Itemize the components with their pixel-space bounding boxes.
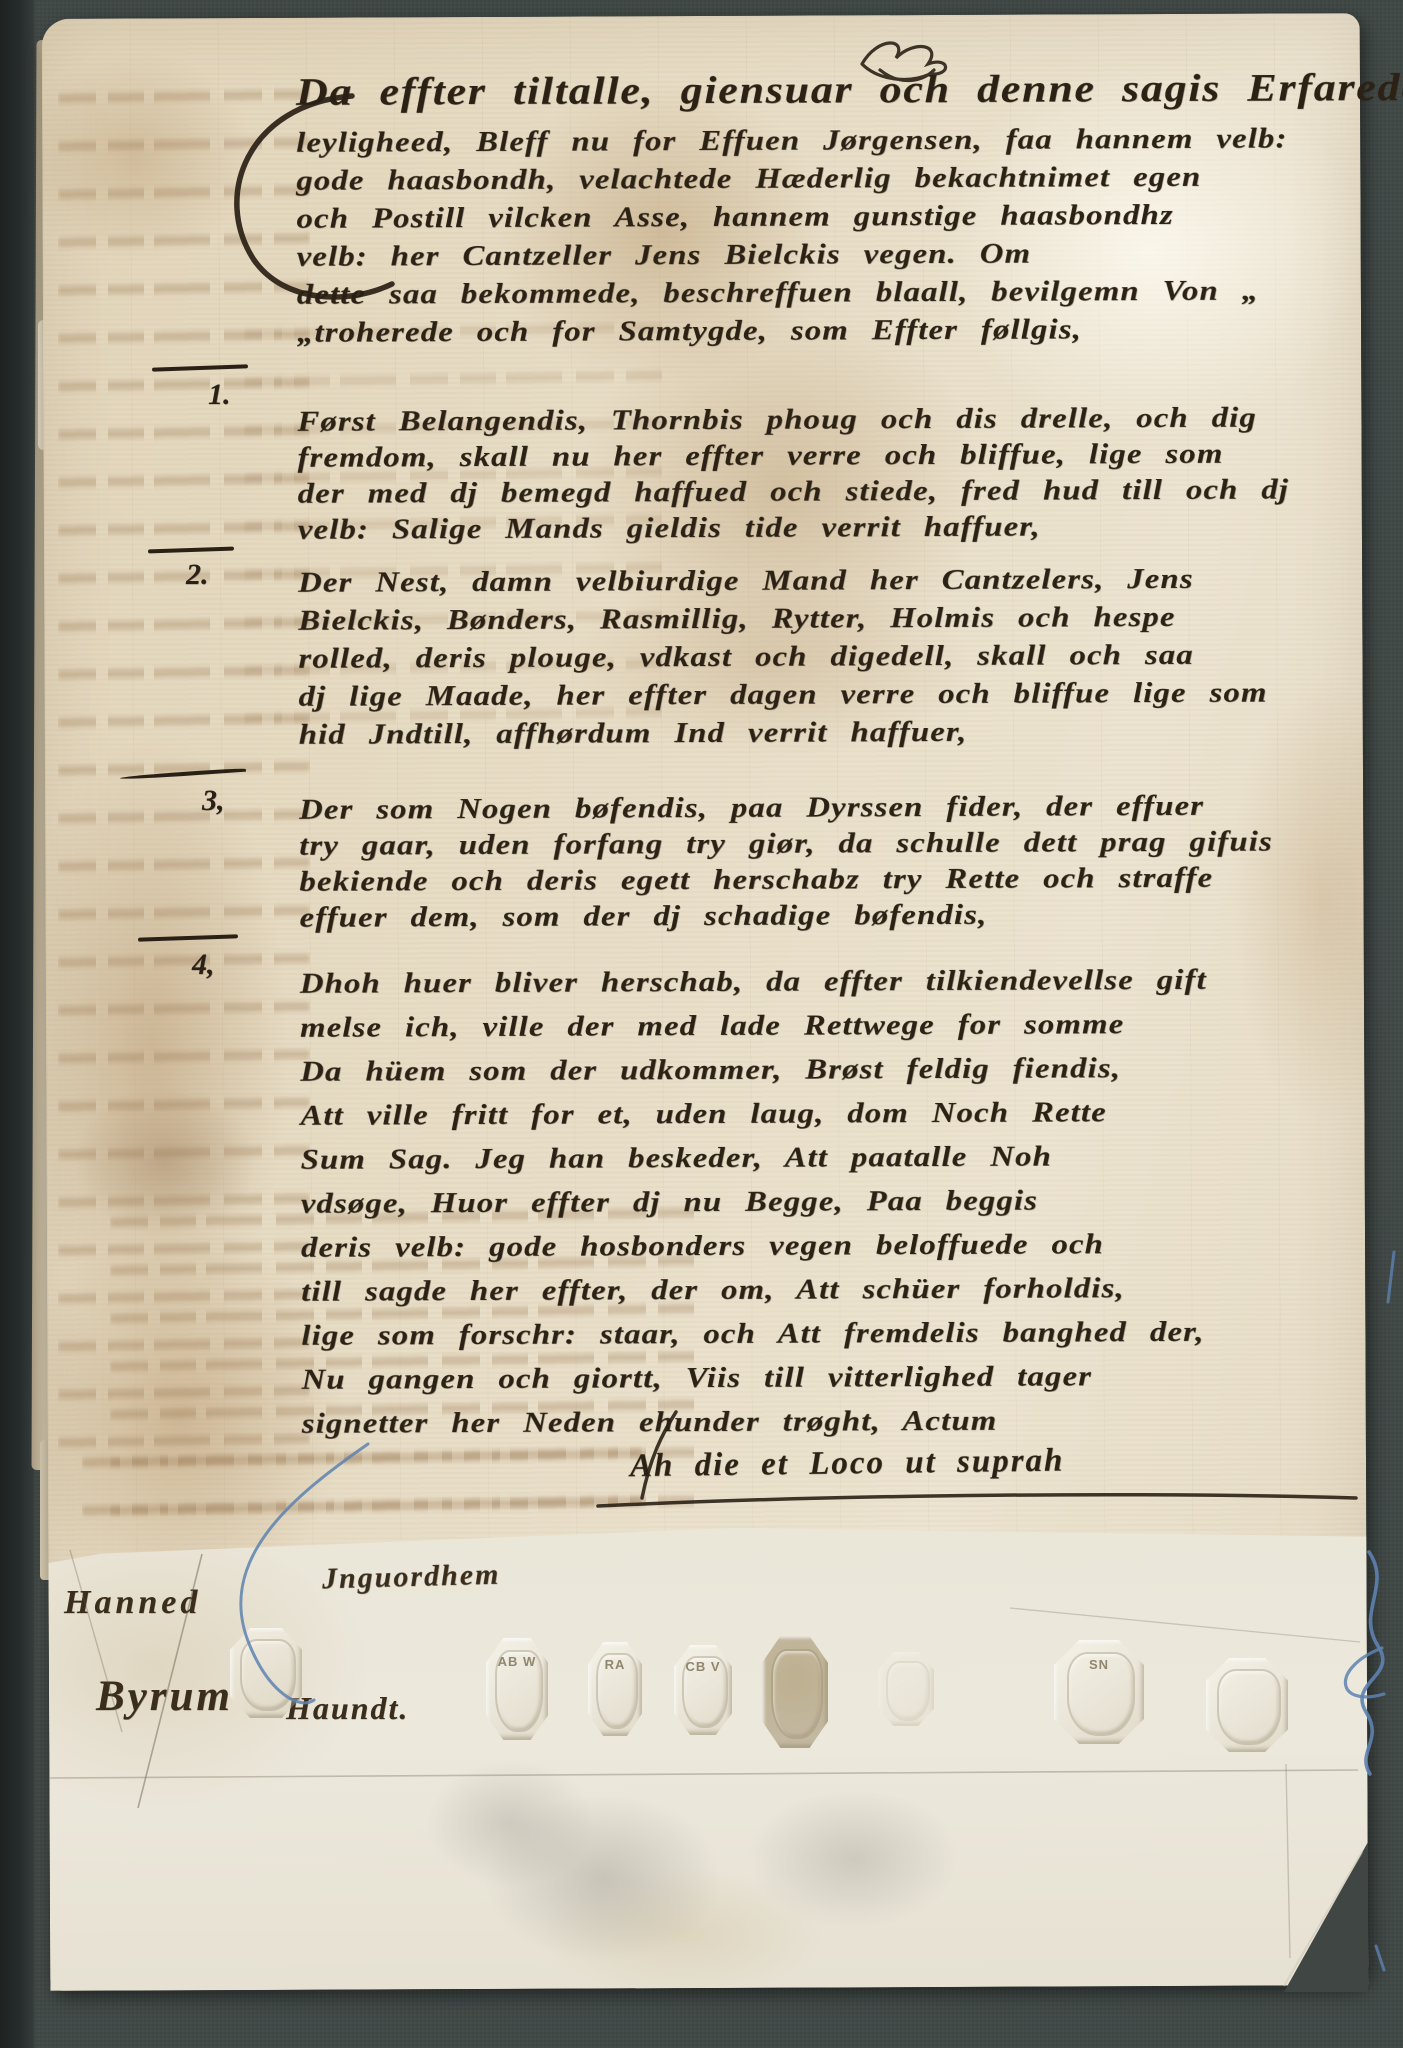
embossed-seal xyxy=(1206,1658,1288,1752)
signature: Byrum xyxy=(96,1672,233,1721)
seal-initials: CB V xyxy=(674,1659,732,1674)
text-line: deris velb: gode hosbonders vegen beloff… xyxy=(301,1221,1386,1270)
text-line: effuer dem, som der dj schadige bøfendis… xyxy=(299,895,1384,936)
text-line: Dhoh huer bliver herschab, da effter til… xyxy=(300,957,1385,1006)
text-line: Først Belangendis, Thornbis phoug och di… xyxy=(297,399,1382,440)
manuscript-text-block: Da effter tiltalle, giensuar och denne s… xyxy=(0,0,1403,2048)
text-line: hid Jndtill, affhørdum Ind verrit haffue… xyxy=(299,711,1384,754)
intro-paragraph: Da effter tiltalle, giensuar och denne s… xyxy=(296,69,1382,352)
seal-shield xyxy=(771,1649,823,1738)
text-line: dette saa bekommede, beschreffuen blaall… xyxy=(297,271,1382,314)
text-line: der med dj bemegd haffued och stiede, fr… xyxy=(298,471,1383,512)
section-number: 4, xyxy=(192,948,215,982)
closing-datum-line: Ah die et Loco ut suprah xyxy=(630,1443,1065,1486)
text-line: gode haasbondh, velachtede Hæderlig beka… xyxy=(296,157,1381,200)
text-line: fremdom, skall nu her effter verre och b… xyxy=(297,435,1382,476)
section-number: 3, xyxy=(202,784,225,818)
text-line: Der som Nogen bøfendis, paa Dyrssen fide… xyxy=(299,787,1384,828)
text-line: Da effter tiltalle, giensuar och denne s… xyxy=(296,69,1381,124)
text-line: lige som forschr: staar, och Att fremdel… xyxy=(301,1309,1386,1358)
text-line: vdsøge, Huor effter dj nu Begge, Paa beg… xyxy=(301,1177,1386,1226)
text-line: melse ich, ville der med lade Rettwege f… xyxy=(300,1001,1385,1050)
section-4-paragraph: Dhoh huer bliver herschab, da effter til… xyxy=(300,957,1387,1446)
seal-shield xyxy=(240,1639,296,1711)
signature: Jnguordhem xyxy=(322,1558,501,1597)
section-number: 2. xyxy=(186,558,209,592)
embossed-seal: CB V xyxy=(674,1645,732,1735)
text-line: „troherede och for Samtygde, som Effter … xyxy=(297,309,1382,352)
section-1-paragraph: Først Belangendis, Thornbis phoug och di… xyxy=(297,399,1382,548)
text-line: try gaar, uden forfang try giør, da schu… xyxy=(299,823,1384,864)
text-line: Nu gangen och giortt, Viis till vitterli… xyxy=(301,1353,1386,1402)
embossed-seal xyxy=(878,1652,934,1726)
text-line: leyligheed, Bleff nu for Effuen Jørgense… xyxy=(296,119,1381,162)
text-line: dj lige Maade, her effter dagen verre oc… xyxy=(298,673,1383,716)
text-line: bekiende och deris egett herschabz try R… xyxy=(299,859,1384,900)
signature: Hanned xyxy=(64,1584,201,1622)
embossed-seal xyxy=(230,1628,302,1718)
archive-photo: Da effter tiltalle, giensuar och denne s… xyxy=(0,0,1403,2048)
text-line: velb: Salige Mands gieldis tide verrit h… xyxy=(298,507,1383,548)
section-number: 1. xyxy=(208,378,231,412)
text-line: Bielckis, Bønders, Rasmillig, Rytter, Ho… xyxy=(298,597,1383,640)
text-line: signetter her Neden ehunder trøght, Actu… xyxy=(302,1397,1387,1446)
text-line: Da hüem som der udkommer, Brøst feldig f… xyxy=(300,1045,1385,1094)
text-line: velb: her Cantzeller Jens Bielckis vegen… xyxy=(297,233,1382,276)
embossed-seal: SN xyxy=(1054,1640,1144,1744)
signature: Haundt. xyxy=(286,1690,409,1727)
seal-initials: RA xyxy=(588,1657,642,1672)
text-line: Sum Sag. Jeg han beskeder, Att paatalle … xyxy=(300,1133,1385,1182)
text-line: och Postill vilcken Asse, hannem gunstig… xyxy=(296,195,1381,238)
embossed-seal-stained xyxy=(762,1636,828,1748)
text-line: till sagde her effter, der om, Att schüe… xyxy=(301,1265,1386,1314)
seal-initials: AB W xyxy=(486,1654,548,1669)
text-line: Att ville fritt for et, uden laug, dom N… xyxy=(300,1089,1385,1138)
seal-shield xyxy=(886,1661,930,1721)
seal-shield xyxy=(1217,1669,1280,1744)
text-line: Der Nest, damn velbiurdige Mand her Cant… xyxy=(298,559,1383,602)
seal-initials: SN xyxy=(1054,1657,1144,1672)
text-line: rolled, deris plouge, vdkast och digedel… xyxy=(298,635,1383,678)
embossed-seal: RA xyxy=(588,1642,642,1736)
section-3-paragraph: Der som Nogen bøfendis, paa Dyrssen fide… xyxy=(299,787,1384,936)
section-2-paragraph: Der Nest, damn velbiurdige Mand her Cant… xyxy=(298,559,1384,754)
embossed-seal: AB W xyxy=(486,1638,548,1740)
